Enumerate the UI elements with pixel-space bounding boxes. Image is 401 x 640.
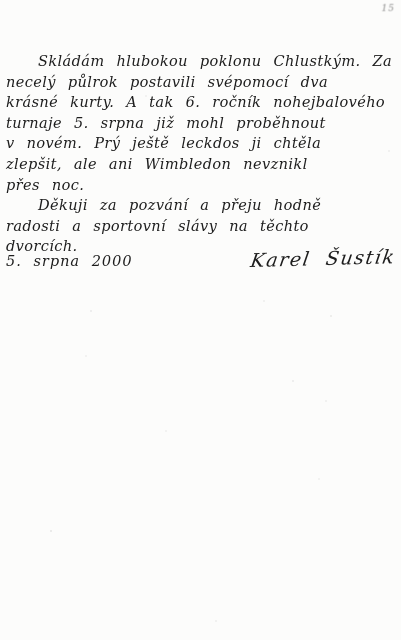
letter-line: necelý půlrok postavili svépomocí dva — [6, 73, 395, 94]
letter-date: 5. srpna 2000 — [6, 250, 133, 270]
letter-body: Skládám hlubokou poklonu Chlustkým. Za n… — [6, 52, 395, 258]
page-corner-mark: 15 — [382, 4, 395, 14]
letter-line: Skládám hlubokou poklonu Chlustkým. Za — [6, 52, 395, 73]
letter-line: Děkuji za pozvání a přeju hodně — [6, 196, 395, 217]
letter-line: přes noc. — [6, 176, 395, 197]
handwritten-signature: Karel Šustík — [249, 246, 401, 272]
scanned-letter-page: 15 Skládám hlubokou poklonu Chlustkým. Z… — [0, 0, 401, 640]
letter-line: turnaje 5. srpna již mohl proběhnout — [6, 114, 395, 135]
letter-line: v novém. Prý ještě leckdos ji chtěla — [6, 134, 395, 155]
letter-line: radosti a sportovní slávy na těchto — [6, 217, 395, 238]
letter-line: zlepšit, ale ani Wimbledon nevznikl — [6, 155, 395, 176]
date-signature-row: 5. srpna 2000 Karel Šustík — [6, 250, 397, 272]
letter-line: krásné kurty. A tak 6. ročník nohejbalov… — [6, 93, 395, 114]
